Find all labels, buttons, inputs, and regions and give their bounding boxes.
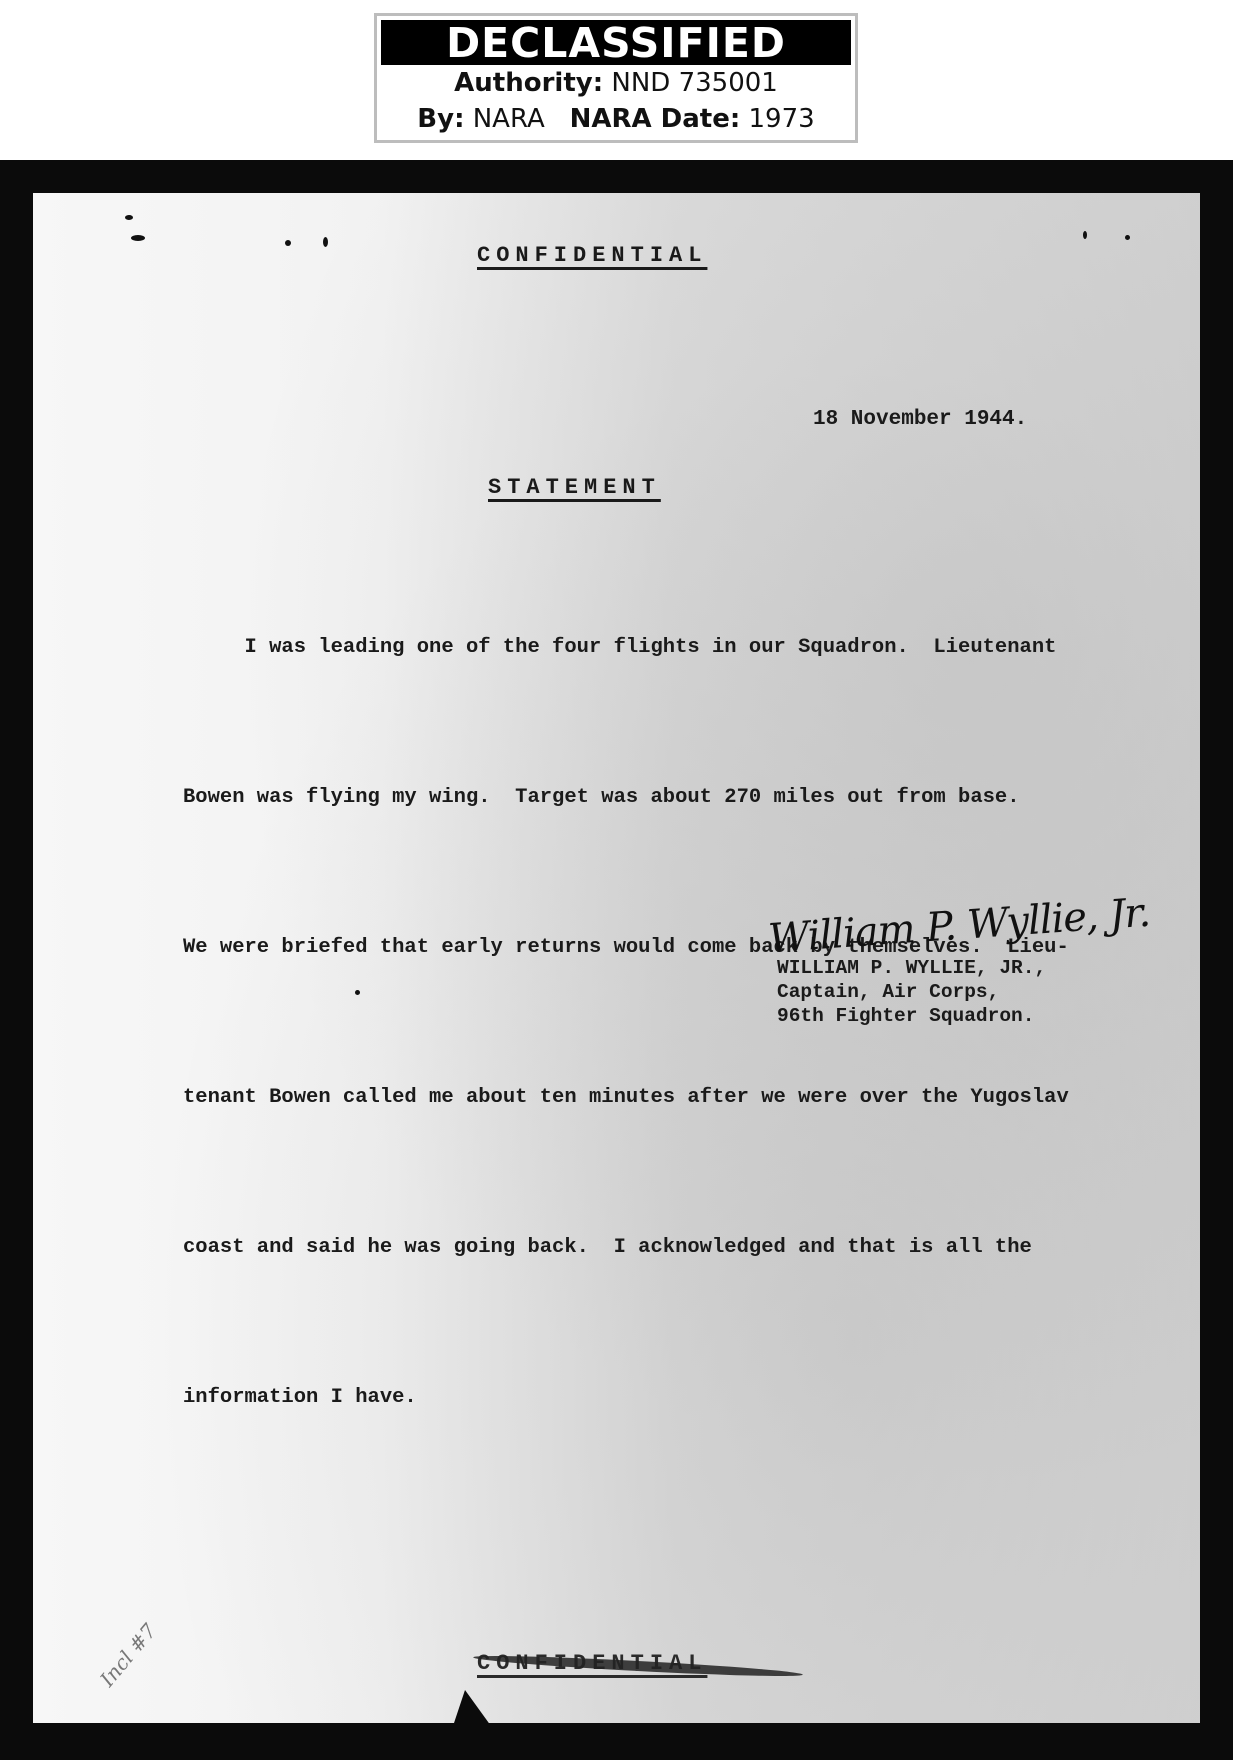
scan-speck	[323, 237, 328, 247]
stamp-by-label: By:	[417, 104, 464, 134]
scan-speck	[125, 215, 133, 220]
body-line: I was leading one of the four flights in…	[183, 623, 1083, 673]
document-date: 18 November 1944.	[813, 408, 1027, 431]
body-line: Bowen was flying my wing. Target was abo…	[183, 773, 1083, 823]
scan-speck	[1083, 231, 1087, 239]
stamp-date-label: NARA Date:	[570, 104, 741, 134]
stamp-authority-label: Authority:	[454, 68, 603, 98]
scan-speck	[285, 240, 291, 246]
scan-speck	[131, 235, 145, 241]
document-page: CONFIDENTIAL 18 November 1944. STATEMENT…	[33, 193, 1200, 1723]
body-line: tenant Bowen called me about ten minutes…	[183, 1073, 1083, 1123]
body-line: information I have.	[183, 1373, 1083, 1423]
stamp-authority-line: Authority: NND 735001	[377, 65, 855, 101]
scan-speck	[1125, 235, 1130, 240]
signer-rank: Captain, Air Corps,	[777, 980, 1046, 1004]
classification-header: CONFIDENTIAL	[477, 243, 707, 268]
stamp-date-value: 1973	[749, 104, 815, 134]
document-title: STATEMENT	[488, 475, 661, 500]
signature-block: WILLIAM P. WYLLIE, JR., Captain, Air Cor…	[777, 956, 1046, 1028]
stamp-authority-value: NND 735001	[611, 68, 777, 98]
body-line: coast and said he was going back. I ackn…	[183, 1223, 1083, 1273]
scan-frame: CONFIDENTIAL 18 November 1944. STATEMENT…	[0, 160, 1233, 1760]
margin-note: Incl #7	[95, 1619, 161, 1691]
stamp-by-value: NARA	[473, 104, 545, 134]
stamp-by-line: By: NARA NARA Date: 1973	[377, 101, 855, 137]
stamp-title: DECLASSIFIED	[381, 20, 851, 65]
declassified-stamp: DECLASSIFIED Authority: NND 735001 By: N…	[374, 13, 858, 143]
signer-unit: 96th Fighter Squadron.	[777, 1004, 1046, 1028]
scan-edge-artifact	[453, 1690, 491, 1723]
signer-name: WILLIAM P. WYLLIE, JR.,	[777, 956, 1046, 980]
